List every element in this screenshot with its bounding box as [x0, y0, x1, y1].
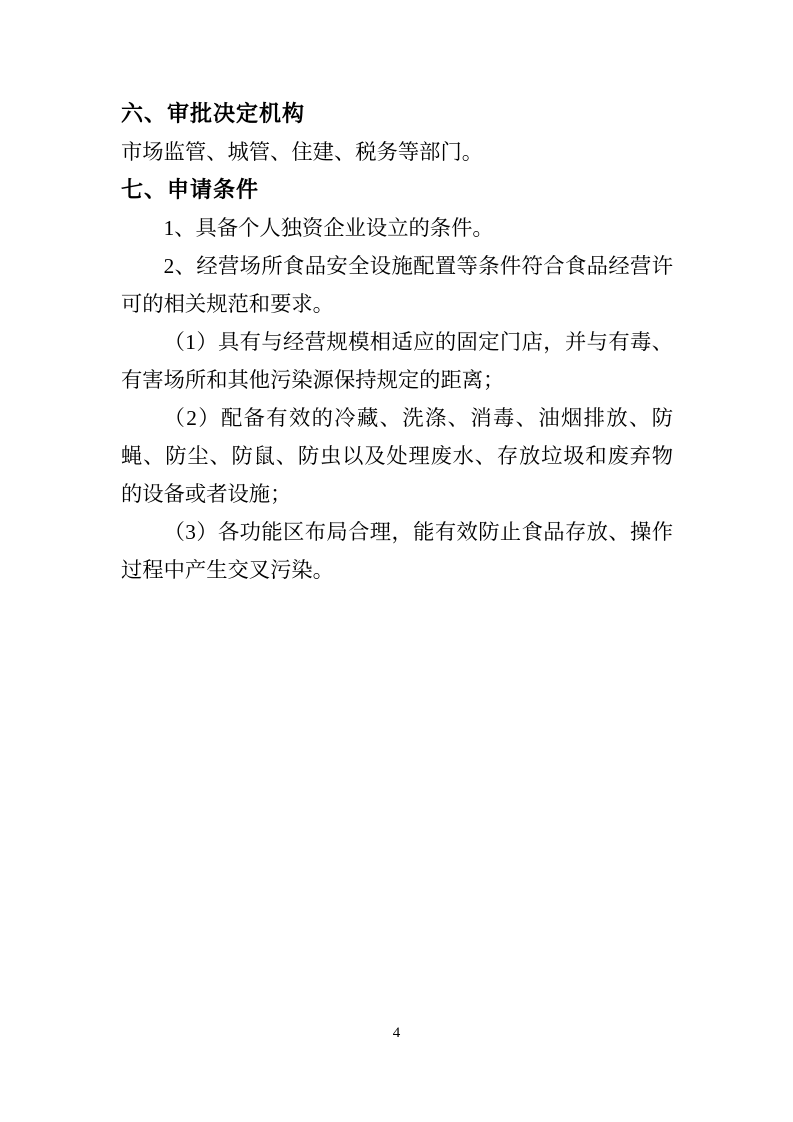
paragraph-condition-2-sub-3: （3）各功能区布局合理，能有效防止食品存放、操作过程中产生交叉污染。 — [121, 513, 673, 589]
section-heading-application-conditions: 七、申请条件 — [121, 171, 673, 209]
paragraph-condition-1: 1、具备个人独资企业设立的条件。 — [121, 209, 673, 247]
page-footer: 4 — [0, 1022, 793, 1044]
document-page-background: { "page": { "number": "4", "background_c… — [0, 0, 793, 1122]
paragraph-condition-2-sub-2: （2）配备有效的冷藏、洗涤、消毒、油烟排放、防蝇、防尘、防鼠、防虫以及处理废水、… — [121, 399, 673, 513]
section-heading-approval-authority: 六、审批决定机构 — [121, 95, 673, 133]
page-number: 4 — [393, 1025, 401, 1041]
paragraph-condition-2: 2、经营场所食品安全设施配置等条件符合食品经营许可的相关规范和要求。 — [121, 247, 673, 323]
paragraph-condition-2-sub-1: （1）具有与经营规模相适应的固定门店，并与有毒、有害场所和其他污染源保持规定的距… — [121, 323, 673, 399]
document-page: 六、审批决定机构 市场监管、城管、住建、税务等部门。 七、申请条件 1、具备个人… — [0, 0, 793, 1122]
paragraph-approval-departments: 市场监管、城管、住建、税务等部门。 — [121, 133, 673, 171]
document-body: 六、审批决定机构 市场监管、城管、住建、税务等部门。 七、申请条件 1、具备个人… — [121, 95, 673, 589]
